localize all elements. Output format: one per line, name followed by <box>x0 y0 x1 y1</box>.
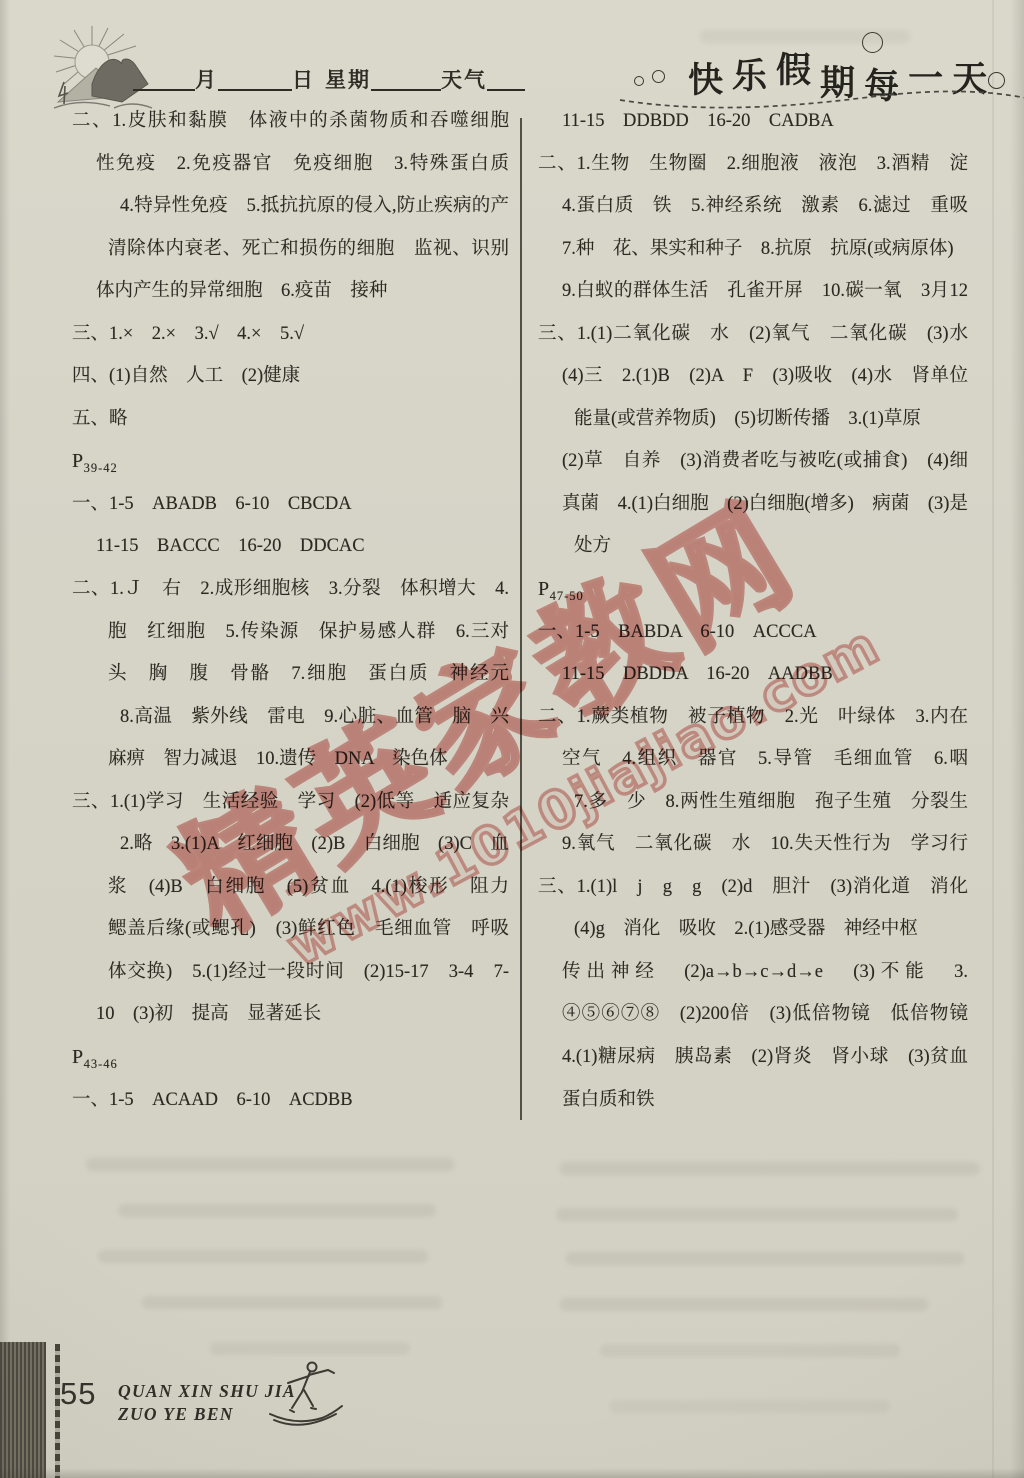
answer-line: 4.特异性免疫 5.抵抗抗原的侵入,防止疾病的产生 <box>72 185 509 228</box>
weather-label: 天气 <box>441 68 487 92</box>
answer-line: 体交换) 5.(1)经过一段时间 (2)15-17 3-4 7- <box>72 951 509 994</box>
answer-line: 三、1.(1)学习 生活经验 学习 (2)低等 适应复杂环境 <box>72 781 509 824</box>
month-blank <box>133 75 195 91</box>
answer-line: 蛋白质和铁 <box>538 1079 968 1122</box>
answer-line: 头 胸 腹 骨骼 7.细胞 蛋白质 神经元 肾单位 <box>72 653 509 696</box>
answer-line: 二、1.蕨类植物 被子植物 2.光 叶绿体 3.内在 水 <box>538 696 968 739</box>
answer-line: (4)三 2.(1)B (2)A F (3)吸收 (4)水 肾单位 <box>538 355 968 398</box>
answer-line: 三、1.× 2.× 3.√ 4.× 5.√ <box>72 313 509 356</box>
answers-column-left: 二、1.皮肤和黏膜 体液中的杀菌物质和吞噬细胞 非特异性免疫 2.免疫器官 免疫… <box>72 100 509 1121</box>
month-label: 月 <box>195 68 218 92</box>
answer-line: 一、1-5 ABADB 6-10 CBCDA <box>72 483 509 526</box>
answer-line: 清除体内衰老、死亡和损伤的细胞 监视、识别和清除 <box>72 228 509 271</box>
answer-line: 三、1.(1)二氧化碳 水 (2)氧气 二氧化碳 (3)水 <box>538 313 968 356</box>
answer-line: 体内产生的异常细胞 6.疫苗 接种 <box>72 270 509 313</box>
decor-circle <box>652 70 665 83</box>
answer-line: 7.种 花、果实和种子 8.抗原 抗原(或病原体) <box>538 228 968 271</box>
answer-line: P47-50 <box>538 568 968 611</box>
answer-line: 8.高温 紫外线 雷电 9.心脏、血管 脑 兴奋或 <box>72 696 509 739</box>
answer-line: 一、1-5 BABDA 6-10 ACCCA <box>538 611 968 654</box>
answer-line: 9.氧气 二氧化碳 水 10.失天性行为 学习行为 <box>538 823 968 866</box>
binding-stitch-line <box>55 1344 60 1478</box>
bottom-edge-shadow <box>0 1468 1024 1478</box>
answer-line: 二、1.皮肤和黏膜 体液中的杀菌物质和吞噬细胞 非特异 <box>72 100 509 143</box>
answer-line: (2)草 自养 (3)消费者吃与被吃(或捕食) (4)细菌、 <box>538 440 968 483</box>
answer-line: 一、1-5 ACAAD 6-10 ACDBB <box>72 1079 509 1122</box>
answer-line: 四、(1)自然 人工 (2)健康 <box>72 355 509 398</box>
answers-column-right: 11-15 DDBDD 16-20 CADBA二、1.生物 生物圈 2.细胞液 … <box>538 100 968 1121</box>
answer-line: 麻痹 智力减退 10.遗传 DNA 染色体 <box>72 738 509 781</box>
right-edge-shadow <box>1010 0 1024 1478</box>
answer-line: 二、1.生物 生物圈 2.细胞液 液泡 3.酒精 淀粉 <box>538 143 968 186</box>
answer-line: 传出神经 (2)a→b→c→d→e (3)不能 3.(1)③②① <box>538 951 968 994</box>
answer-line: 10 (3)初 提高 显著延长 <box>72 993 509 1036</box>
answer-line: ④⑤⑥⑦⑧ (2)200倍 (3)低倍物镜 低倍物镜 <box>538 993 968 1036</box>
left-edge-shadow <box>0 0 10 1478</box>
answer-line: 2.略 3.(1)A 红细胞 (2)B 白细胞 (3)C 血 <box>72 823 509 866</box>
answer-line: 五、略 <box>72 398 509 441</box>
answer-line: P39-42 <box>72 440 509 483</box>
answer-line: 二、1.Ｊ 右 2.成形细胞核 3.分裂 体积增大 4.白细 <box>72 568 509 611</box>
answer-line: P43-46 <box>72 1036 509 1079</box>
answer-line: 胞 红细胞 5.传染源 保护易感人群 6.三对 翅 <box>72 611 509 654</box>
page-crease <box>992 0 994 1478</box>
answer-line: 11-15 BACCC 16-20 DDCAC <box>72 525 509 568</box>
day-label: 日 <box>292 68 315 92</box>
day-blank <box>218 75 292 91</box>
answer-line: 7.多 少 8.两性生殖细胞 孢子生殖 分裂生殖 <box>538 781 968 824</box>
answer-line: 空气 4.组织 器官 5.导管 毛细血管 6.咽 气管 <box>538 738 968 781</box>
answer-line: 4.(1)糖尿病 胰岛素 (2)肾炎 肾小球 (3)贫血 <box>538 1036 968 1079</box>
week-label: 星期 <box>325 68 371 92</box>
answer-line: 鳃盖后缘(或鳃孔) (3)鲜红色 毛细血管 呼吸(或气 <box>72 908 509 951</box>
answer-line: 处方 <box>538 525 968 568</box>
column-divider-rule <box>520 118 522 1120</box>
page-number: 55 <box>60 1376 96 1412</box>
weather-blank <box>487 75 525 91</box>
answer-line: 4.蛋白质 铁 5.神经系统 激素 6.滤过 重吸收 <box>538 185 968 228</box>
week-blank <box>371 75 441 91</box>
surfer-illustration <box>264 1356 356 1446</box>
answer-line: 9.白蚁的群体生活 孔雀开屏 10.碳一氧 3月12日 <box>538 270 968 313</box>
answer-line: 性免疫 2.免疫器官 免疫细胞 3.特殊蛋白质 抗体 <box>72 143 509 186</box>
answer-line: 11-15 DBDDA 16-20 AADBB <box>538 653 968 696</box>
answer-line: (4)g 消化 吸收 2.(1)感受器 神经中枢 <box>538 908 968 951</box>
date-fill-in-line: 月日星期天气 <box>133 64 525 94</box>
workbook-answer-page: 月日星期天气 快乐假期每一天 二、1.皮肤和黏膜 体液中的杀菌物质和吞噬细胞 非… <box>0 0 1024 1478</box>
answer-line: 11-15 DDBDD 16-20 CADBA <box>538 100 968 143</box>
answer-line: 能量(或营养物质) (5)切断传播 3.(1)草原 <box>538 398 968 441</box>
answer-line: 真菌 4.(1)白细胞 (2)白细胞(增多) 病菌 (3)是 <box>538 483 968 526</box>
answer-line: 浆 (4)B 白细胞 (5)贫血 4.(1)梭形 阻力 (2) <box>72 866 509 909</box>
answer-line: 三、1.(1)l j g g (2)d 胆汁 (3)消化道 消化腺 <box>538 866 968 909</box>
